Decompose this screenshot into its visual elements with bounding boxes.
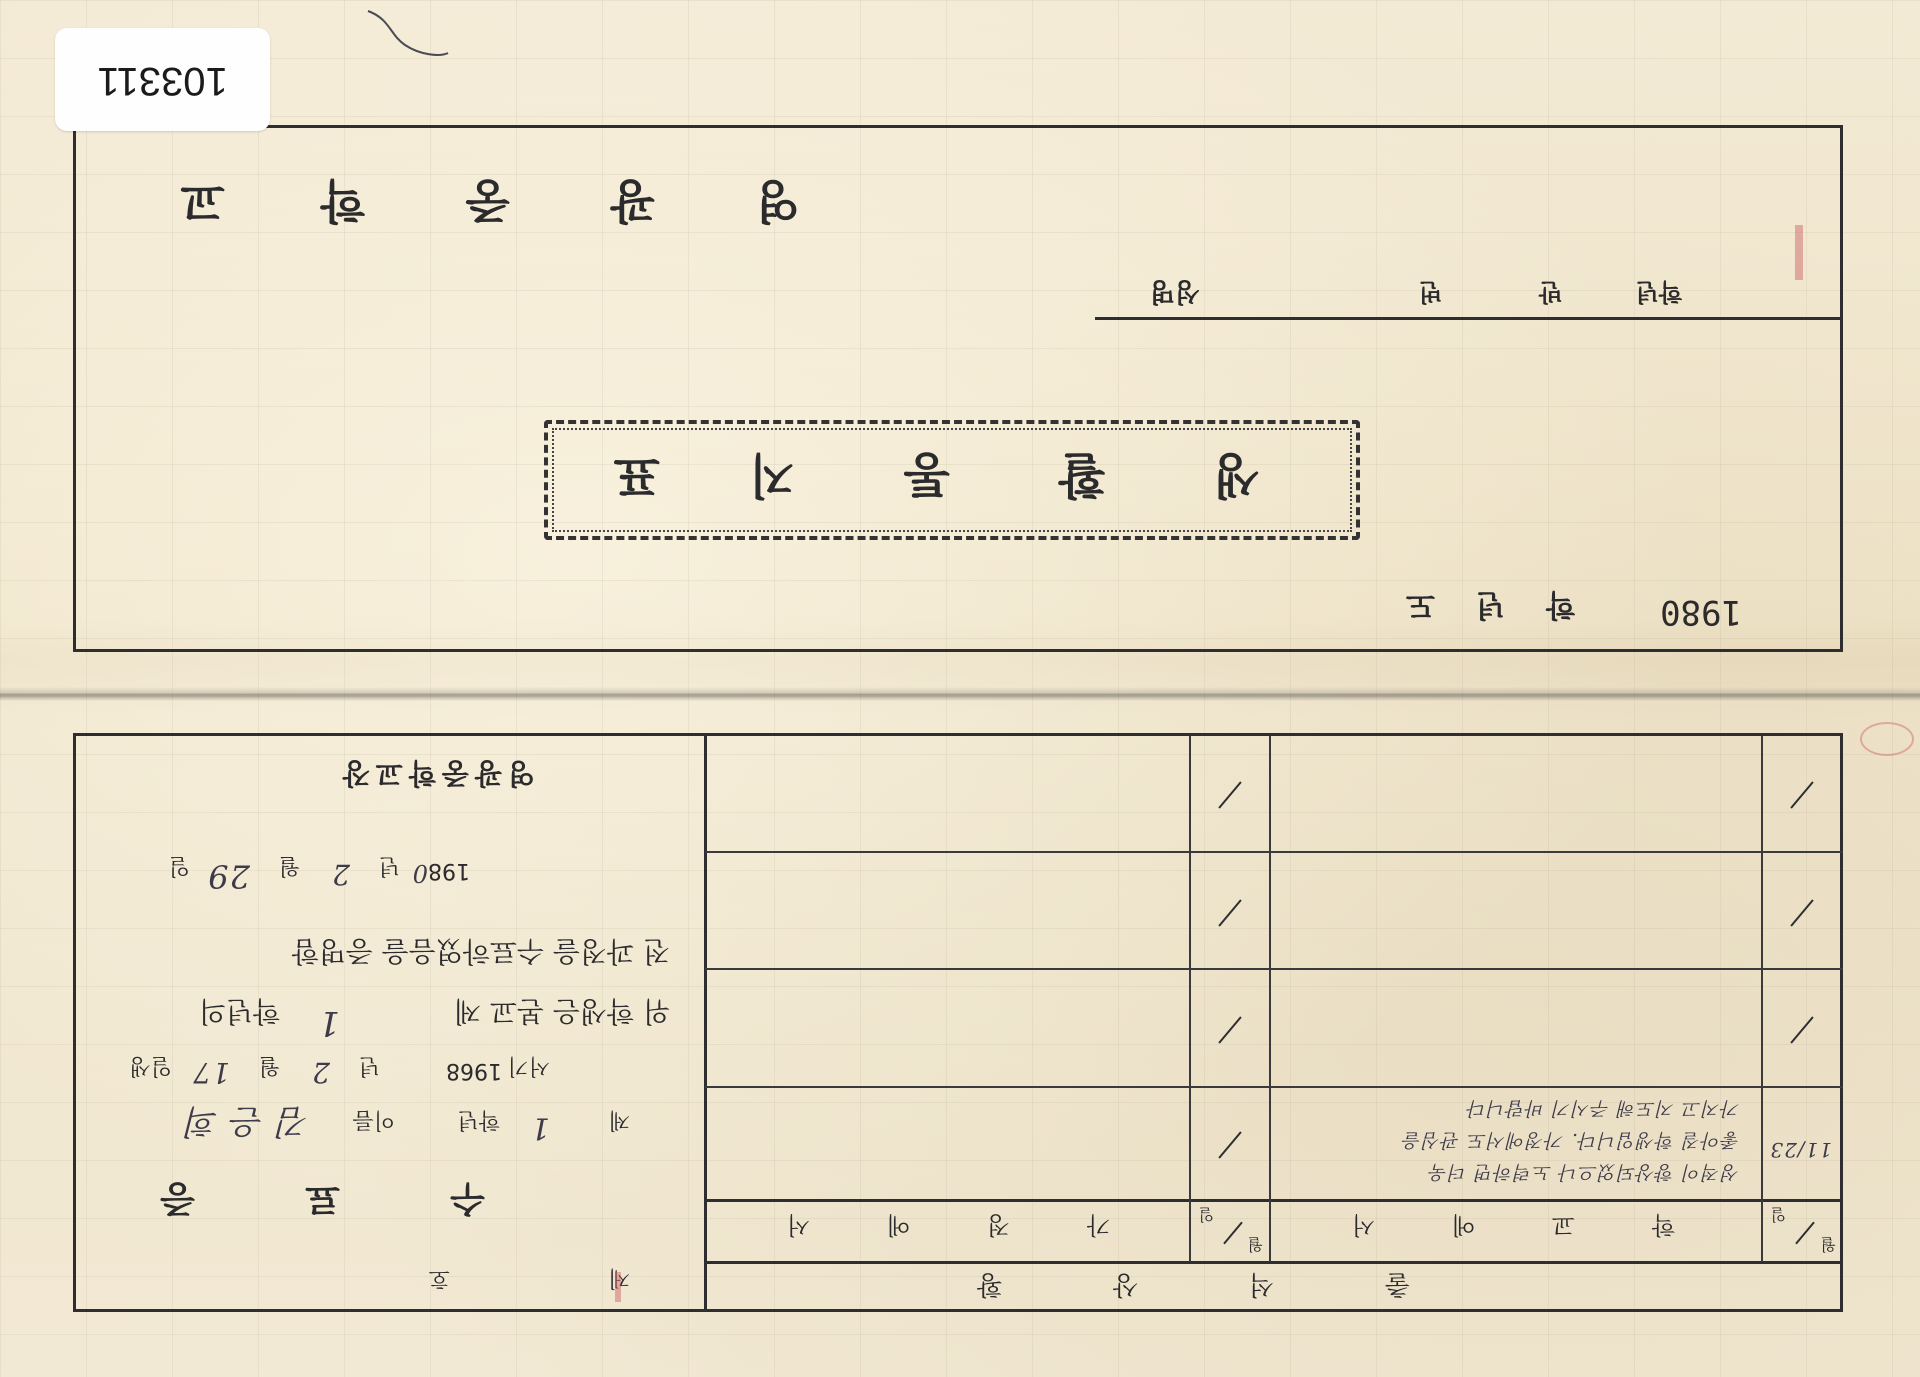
cover-frame-right [73,125,76,652]
date-header-slash [1795,1222,1815,1245]
home-row-2-date-slash [1218,1016,1241,1043]
cover-frame-bottom [73,125,1843,128]
cover-frame-top [73,649,1843,652]
pencil-squiggle [360,5,460,65]
home-row-4-date-slash [1218,781,1241,808]
fold-crease [0,687,1920,701]
row-line-3 [705,851,1843,853]
red-ink-mark [1795,225,1803,280]
red-ink-mark-2 [615,1272,621,1302]
inner-frame-right [73,733,76,1312]
school-date-col-line [1761,736,1763,1262]
panel-divider [704,733,707,1312]
table-split-line [1269,736,1271,1262]
title-row-line [705,1261,1843,1264]
inner-frame-top [73,1309,1843,1312]
archive-label-number: 103311 [55,58,270,103]
rotated-page: 출 석 상 황 월 일 학 교 에 [0,0,1920,1377]
red-stamp-mark [1860,722,1914,756]
certificate-body-line-2: 전 과정을 수료하였음을 증명함 [292,933,670,973]
certificate-school-signature: 영광중학교장 [337,755,535,795]
row-line-2 [705,968,1843,970]
inner-frame-bottom [73,733,1843,736]
school-row-3-date-slash [1790,899,1813,926]
school-row-4-date-slash [1790,781,1813,808]
cover-frame-left [1840,125,1843,652]
archive-label-sticker: 103311 [55,28,270,131]
date-header-slash [1223,1222,1243,1245]
scanned-document: 출 석 상 황 월 일 학 교 에 [0,0,1920,1377]
school-row-2-date-slash [1790,1016,1813,1043]
class-info-line [1095,317,1840,320]
home-date-col-line [1189,736,1191,1262]
home-row-3-date-slash [1218,899,1241,926]
home-row-1-date-slash [1218,1131,1241,1158]
header-row-line [705,1199,1843,1202]
inner-frame-left [1840,733,1843,1312]
row-line-1 [705,1086,1843,1088]
